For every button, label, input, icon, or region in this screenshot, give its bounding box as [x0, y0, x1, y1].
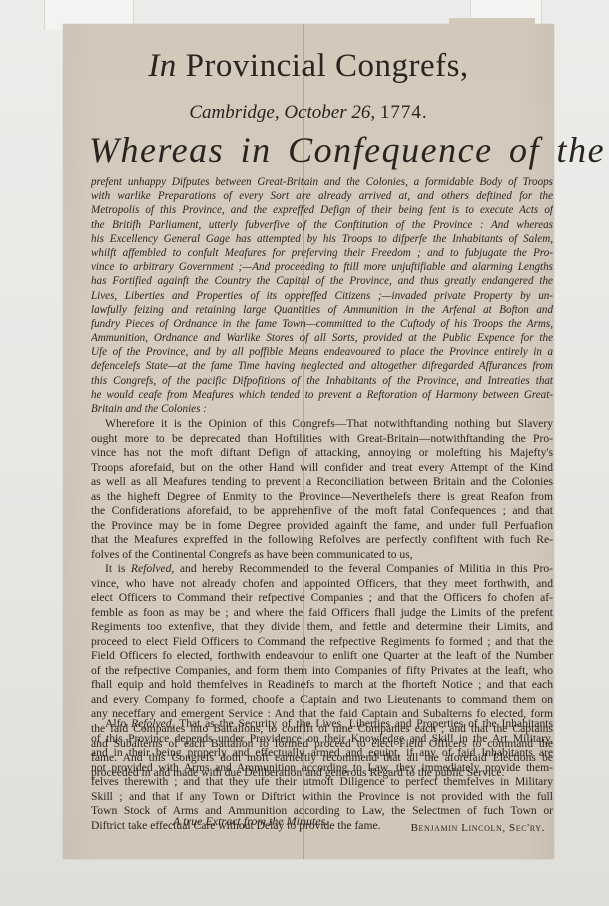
- title-in-provincial-congress: In Provincial Congrefs,: [63, 46, 554, 86]
- preamble-line: has Fortified againft the Country the Ca…: [91, 274, 553, 288]
- resolve-lead: Alfo: [105, 717, 126, 730]
- resolve-line: and every Company fo formed, choofe a Ca…: [91, 693, 553, 708]
- opinion-line: as the higheft Degree of Enmity to the P…: [91, 490, 553, 505]
- resolved-keyword: Refolved,: [131, 562, 174, 575]
- preamble-line: Ufe of the Province, and by all poffible…: [91, 345, 553, 359]
- resolve-line: vince, who have not already chofen and a…: [91, 577, 553, 592]
- title-italic-word: In: [148, 48, 177, 84]
- preamble-line: vince to arbitrary Government ;—And proc…: [91, 260, 553, 274]
- resolve-first-line-rest: That as the Security of the Lives, Liber…: [179, 717, 553, 730]
- opinion-line: as well as all Meafures tending to preve…: [91, 475, 553, 490]
- resolve-line: of the refpective Companies, and form th…: [91, 664, 553, 679]
- resolve-line: of this Province depends under Providenc…: [91, 732, 553, 747]
- opinion-line: Troops aforefaid, but on the other Hand …: [91, 461, 553, 476]
- preamble-line: whilft affembled to confult Meafures for…: [91, 246, 553, 260]
- resolve-line: Field Officers fo elected, forthwith end…: [91, 649, 553, 664]
- attestation-row: A true Extract from the Minutes. Benjami…: [91, 814, 553, 834]
- preamble-line: his Excellency General Gage has attempte…: [91, 232, 553, 246]
- preamble-line: Britain and the Colonies :: [91, 402, 553, 416]
- preamble-line: with warlike Preparations of every Sort …: [91, 189, 553, 203]
- resolve-line: elect Officers to Command their refpecti…: [91, 591, 553, 606]
- resolve-line: felves therewith ; and that they ufe the…: [91, 775, 553, 790]
- resolve-line: proceed to elect Field Officers to Comma…: [91, 635, 553, 650]
- resolve-line: not provided with Arms and Ammunition ac…: [91, 761, 553, 776]
- resolve-first-line: Alfo Refolved, That as the Security of t…: [91, 717, 553, 732]
- resolved-keyword: Refolved,: [131, 717, 174, 730]
- resolve-line: femble as foon as may be ; and where the…: [91, 606, 553, 621]
- preamble-line: lawfully feizing and retaining large Qua…: [91, 303, 553, 317]
- opinion-line: that the Meafures expreffed in the follo…: [91, 533, 553, 548]
- title-roman-words: Provincial Congrefs,: [186, 48, 469, 84]
- place-date: Cambridge, October 26,: [189, 102, 375, 123]
- opinion-line: the Confiderations aforefaid, to be appr…: [91, 504, 553, 519]
- opinion-line: Wherefore it is the Opinion of this Cong…: [91, 417, 553, 432]
- paper-top-tab: [449, 18, 535, 26]
- preamble-paragraph: prefent unhappy Difputes between Great-B…: [91, 175, 553, 416]
- secretary-signature: Benjamin Lincoln, Sec'ry.: [411, 822, 545, 834]
- preamble-line: fundry Pieces of Ordnance in the fame To…: [91, 317, 553, 331]
- preamble-line: he would ceafe from Meafures which tende…: [91, 388, 553, 402]
- preamble-line: the Britifh Parliament, utterly fubverfi…: [91, 218, 553, 232]
- preamble-line: Lives, Liberties and Properties of its o…: [91, 289, 553, 303]
- resolve-line: fhall equip and hold themfelves in Readi…: [91, 678, 553, 693]
- preamble-line: prefent unhappy Difputes between Great-B…: [91, 175, 553, 189]
- preamble-line: Ammunition, Ordnance and Warlike Stores …: [91, 331, 553, 345]
- preamble-line: defencelefs State—at the fame Time havin…: [91, 359, 553, 373]
- true-extract-note: A true Extract from the Minutes.: [173, 814, 328, 829]
- preamble-line: this Congrefs, of the pacific Difpofitio…: [91, 374, 553, 388]
- broadside-document: In Provincial Congrefs, Cambridge, Octob…: [63, 24, 554, 859]
- place-date-line: Cambridge, October 26, 1774.: [63, 101, 554, 125]
- opinion-line: the Province may be in fome Degree provi…: [91, 519, 553, 534]
- opinion-line: vince has not the moft diftant Defign of…: [91, 446, 553, 461]
- resolve-line: Regiments too extenfive, that they divid…: [91, 620, 553, 635]
- opinion-line: ought more to be deprecated than Hoftili…: [91, 432, 553, 447]
- resolve-lead: It is: [105, 562, 125, 575]
- preamble-line: Metropolis of this Province, and the exp…: [91, 203, 553, 217]
- year: 1774.: [380, 102, 428, 123]
- opinion-paragraph: Wherefore it is the Opinion of this Cong…: [91, 417, 553, 562]
- resolve-line: Skill ; and that if any Town or Diftrict…: [91, 790, 553, 805]
- opening-whereas: Whereas in Confequence of the: [89, 128, 550, 172]
- resolve-first-line-rest: and hereby Recommended to the feveral Co…: [180, 562, 553, 575]
- resolve-first-line: It is Refolved, and hereby Recommended t…: [91, 562, 553, 577]
- resolve-line: and in their being properly and effectua…: [91, 746, 553, 761]
- opinion-line: folves of the Continental Congrefs as ha…: [91, 548, 553, 563]
